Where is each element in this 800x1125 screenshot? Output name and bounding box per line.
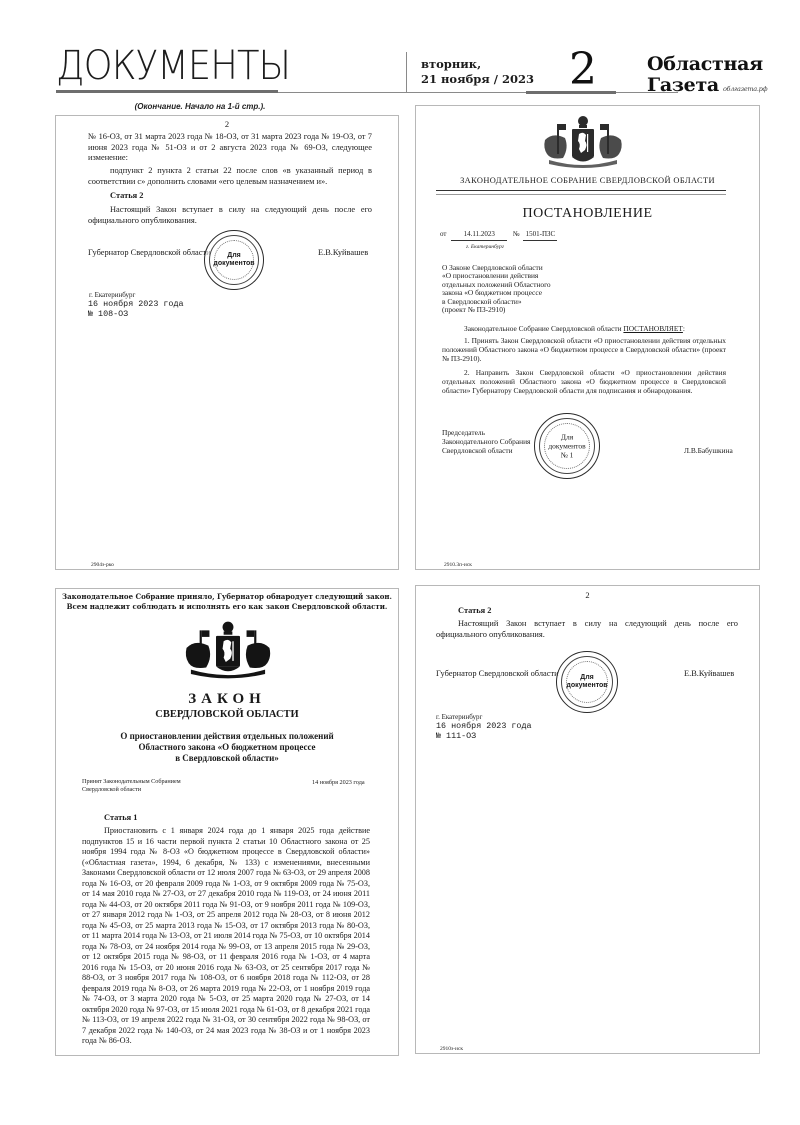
signer-title: Губернатор Свердловской области <box>88 248 211 259</box>
continued-note: (Окончание. Начало на 1-й стр.). <box>0 102 400 111</box>
resolution-date: 14.11.2023 <box>451 229 507 241</box>
logo-site: облгазета.рф <box>723 85 767 93</box>
adoption-date: 14 ноября 2023 года <box>312 778 365 789</box>
signer-title: Губернатор Свердловской области <box>436 669 559 680</box>
signing-date: 16 ноября 2023 года <box>88 299 184 309</box>
article-text: Приостановить с 1 января 2024 года до 1 … <box>82 826 370 1047</box>
document-scan-resolution: ЗАКОНОДАТЕЛЬНОЕ СОБРАНИЕ СВЕРДЛОВСКОЙ ОБ… <box>415 105 760 570</box>
logo-line-2: Газета <box>647 74 719 96</box>
section-title-underline <box>56 90 278 93</box>
issue-date-text: 21 ноября / 2023 <box>421 72 534 87</box>
doc-footer-code: 2910.3п-иск <box>444 560 472 571</box>
seal-stamp: Длядокументов <box>556 651 618 713</box>
document-type-title: ПОСТАНОВЛЕНИЕ <box>416 206 759 222</box>
resolution-city: г. Екатеринбург <box>466 242 504 253</box>
resolution-subject: О Законе Свердловской области «О приоста… <box>442 264 551 314</box>
doc-paragraph: Настоящий Закон вступает в силу на следу… <box>88 205 372 226</box>
article-heading: Статья 2 <box>458 606 491 617</box>
doc-paragraph: Настоящий Закон вступает в силу на следу… <box>436 619 738 640</box>
law-title: ЗАКОН <box>56 691 398 707</box>
stamp-text: Длядокументов№ 1 <box>535 433 599 460</box>
header-divider <box>436 190 726 195</box>
document-scan-law-ending-108: 2 № 16-ОЗ, от 31 марта 2023 года № 18-ОЗ… <box>55 115 399 570</box>
newspaper-logo: Областная Газетаоблгазета.рф <box>647 54 767 100</box>
page-number-underline <box>526 91 616 94</box>
seal-stamp: Длядокументов <box>204 230 264 290</box>
issue-date: вторник, 21 ноября / 2023 <box>421 57 534 87</box>
law-subject: О приостановлении действия отдельных пол… <box>56 731 398 764</box>
doc-page-number: 2 <box>416 590 759 601</box>
coat-of-arms-icon <box>180 617 276 683</box>
signer-name: Л.В.Бабушкина <box>684 446 733 457</box>
signer-title: Председатель Законодательного Собрания С… <box>442 428 530 455</box>
section-title: ДОКУМЕНТЫ <box>56 46 290 86</box>
stamp-text: Длядокументов <box>205 252 263 268</box>
logo-line-1: Областная <box>647 54 767 75</box>
stamp-text: Длядокументов <box>557 674 617 690</box>
doc-footer-code: 2904з-рко <box>91 560 114 571</box>
resolution-number: 1501-ПЗС <box>523 229 557 241</box>
organization-name: ЗАКОНОДАТЕЛЬНОЕ СОБРАНИЕ СВЕРДЛОВСКОЙ ОБ… <box>416 176 759 187</box>
issue-weekday: вторник, <box>421 57 534 72</box>
doc-paragraph: подпункт 2 пункта 2 статьи 22 после слов… <box>88 166 372 187</box>
article-heading: Статья 2 <box>110 191 143 202</box>
article-heading: Статья 1 <box>104 813 137 824</box>
adoption-note: Принят Законодательным Собранием Свердло… <box>82 778 181 794</box>
doc-footer-code: 2910з-иск <box>440 1044 463 1055</box>
law-number: № 111-ОЗ <box>436 731 476 741</box>
signer-name: Е.В.Куйвашев <box>684 669 734 680</box>
coat-of-arms-icon <box>539 114 627 170</box>
law-region: СВЕРДЛОВСКОЙ ОБЛАСТИ <box>56 709 398 721</box>
resolution-item-1: 1. Принять Закон Свердловской области «О… <box>442 336 726 363</box>
header-separator <box>406 52 407 92</box>
header-rule <box>278 92 678 93</box>
law-number: № 108-ОЗ <box>88 309 128 319</box>
promulgation-note: Законодательное Собрание приняло, Губерн… <box>56 592 398 611</box>
signing-date: 16 ноября 2023 года <box>436 721 532 731</box>
page-number: 2 <box>548 48 618 92</box>
resolution-item-2: 2. Направить Закон Свердловской области … <box>442 368 726 395</box>
signer-name: Е.В.Куйвашев <box>318 248 368 259</box>
resolution-preamble: Законодательное Собрание Свердловской об… <box>464 324 685 333</box>
doc-page-number: 2 <box>56 119 398 130</box>
resolution-meta: от 14.11.2023 № 1501-ПЗС <box>440 229 557 241</box>
seal-stamp: Длядокументов№ 1 <box>534 413 600 479</box>
document-scan-law-text: Законодательное Собрание приняло, Губерн… <box>55 588 399 1056</box>
doc-paragraph: № 16-ОЗ, от 31 марта 2023 года № 18-ОЗ, … <box>88 132 372 164</box>
document-scan-law-ending-111: 2 Статья 2 Настоящий Закон вступает в си… <box>415 585 760 1054</box>
